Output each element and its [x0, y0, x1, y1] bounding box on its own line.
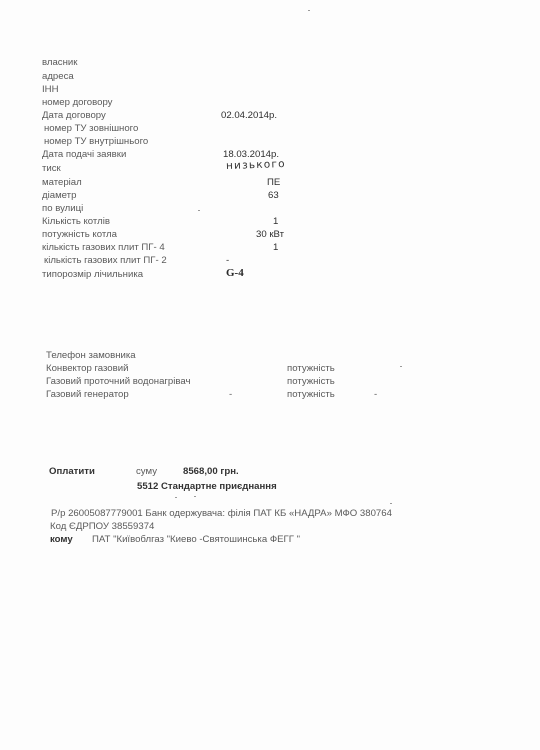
equipment-value-generator: -	[229, 389, 232, 401]
equipment-power-label-generator: потужність	[287, 389, 335, 401]
field-value-diameter: 63	[268, 190, 279, 202]
equipment-power-value-generator: -	[374, 389, 377, 401]
field-label-application-date: Дата подачі заявки	[42, 149, 126, 161]
field-label-contract-number: номер договору	[42, 97, 112, 109]
field-label-inn: ІНН	[42, 84, 59, 96]
equipment-power-label-convector: потужність	[287, 363, 335, 375]
field-label-pressure: тиск	[42, 163, 61, 175]
field-label-tu-internal: номер ТУ внутрішнього	[44, 136, 148, 148]
pay-label: Оплатити	[49, 466, 95, 478]
equipment-label-generator: Газовий генератор	[46, 389, 129, 401]
field-label-contract-date: Дата договору	[42, 110, 106, 122]
field-label-stove-pg4: кількість газових плит ПГ- 4	[42, 242, 165, 254]
equipment-power-label-water-heater: потужність	[287, 376, 335, 388]
document-page: власник адреса ІНН номер договору Дата д…	[0, 0, 540, 750]
edrpou-line: Код ЄДРПОУ 38559374	[50, 521, 154, 533]
field-value-contract-date: 02.04.2014р.	[221, 110, 277, 122]
payment-amount: 8568,00 грн.	[183, 466, 239, 478]
scan-speck	[390, 503, 392, 504]
field-label-stove-pg2: кількість газових плит ПГ- 2	[44, 255, 167, 267]
equipment-label-water-heater: Газовий проточний водонагрівач	[46, 376, 191, 388]
field-label-owner: власник	[42, 57, 77, 69]
recipient-value: ПАТ "Київоблгаз "Киево -Святошинська ФЕГ…	[92, 534, 300, 546]
field-value-boiler-count: 1	[273, 216, 278, 228]
scan-speck	[175, 497, 177, 498]
equipment-label-convector: Конвектор газовий	[46, 363, 128, 375]
field-value-meter-size: G-4	[226, 267, 244, 279]
sum-label: суму	[136, 466, 157, 478]
customer-phone-label: Телефон замовника	[46, 350, 136, 362]
field-label-material: матеріал	[42, 177, 82, 189]
scan-speck	[198, 210, 200, 211]
field-label-diameter: діаметр	[42, 190, 76, 202]
field-value-stove-pg4: 1	[273, 242, 278, 254]
scan-speck	[194, 496, 196, 497]
field-label-meter-size: типорозмір лічильника	[42, 269, 143, 281]
field-value-pressure-handwritten: низького	[226, 158, 286, 172]
field-label-address: адреса	[42, 71, 74, 83]
recipient-label: кому	[50, 534, 73, 546]
scan-speck	[400, 366, 402, 367]
field-value-material: ПЕ	[267, 177, 280, 189]
field-value-boiler-power: 30 кВт	[256, 229, 284, 241]
field-label-boiler-count: Кількість котлів	[42, 216, 110, 228]
bank-account-line: Р/р 26005087779001 Банк одержувача: філі…	[51, 508, 392, 520]
field-value-stove-pg2: -	[226, 255, 229, 267]
field-label-street: по вулиці	[42, 203, 83, 215]
scan-speck	[308, 10, 310, 11]
field-label-tu-external: номер ТУ зовнішного	[44, 123, 138, 135]
payment-description: 5512 Стандартне приєднання	[137, 481, 277, 493]
field-label-boiler-power: потужність котла	[42, 229, 117, 241]
